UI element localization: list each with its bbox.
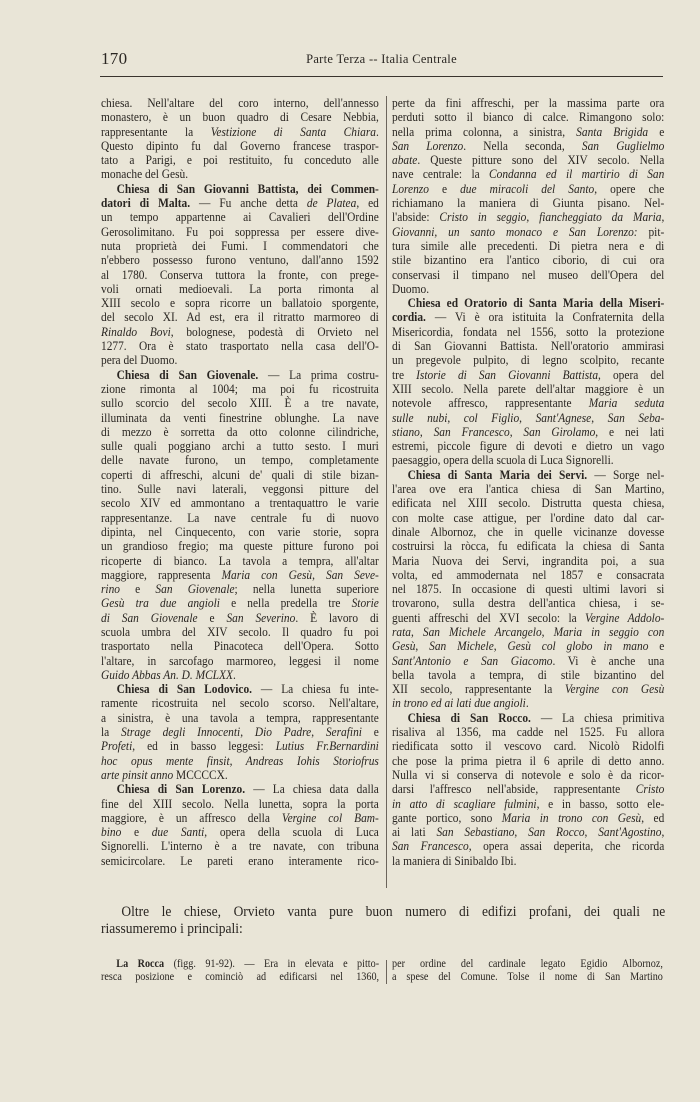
text-line: Gesù, San Michele, Gesù col globo in man… — [392, 639, 664, 653]
body-text: , — [240, 725, 255, 739]
italic-text: Sant'Antonio e San Giacomo — [392, 654, 553, 668]
text-line: l'altare, in sarcofago marmoreo, leggesi… — [101, 654, 379, 668]
italic-text: San Seve- — [326, 568, 379, 582]
body-text: conservasi il timpano nel museo dell'Ope… — [392, 268, 664, 282]
body-text: l'altare, in sarcofago marmoreo, leggesi… — [101, 654, 379, 668]
text-line: perte da fini affreschi, per la massima … — [392, 96, 664, 110]
body-text: , — [510, 425, 524, 439]
text-line: San Francesco, opera assai deperita, che… — [392, 839, 664, 853]
italic-text: San Seba- — [608, 411, 665, 425]
text-line: secolo XIV ed ammontano a trentaquattro … — [101, 496, 379, 510]
italic-text: Vergine con Gesù — [565, 682, 664, 696]
italic-text: due miracoli del Santo — [460, 182, 594, 196]
body-text: risaliva al 1356, ma cadde nel 1525. Fu … — [392, 725, 664, 739]
heading-text: Chiesa di San Giovanni Battista, dei Com… — [117, 182, 379, 196]
text-line: bella tavola a tempra, di stile bizantin… — [392, 668, 664, 682]
text-line: Giovanni, un santo monaco e San Lorenzo:… — [392, 225, 664, 239]
body-text: monache del Gesù. — [101, 167, 188, 181]
body-text: gante portico, sono — [392, 811, 502, 825]
text-line: del secolo XI. Ad est, era il ritratto m… — [101, 310, 379, 324]
body-text: , opera della scuola di Luca — [204, 825, 379, 839]
body-text: — La chiesa data dalla — [245, 782, 379, 796]
body-text: e — [429, 182, 460, 196]
text-line: monastero, è un buon quadro di Cesare Ne… — [101, 110, 379, 124]
text-line: di mezzo è sorretta da otto colonne cili… — [101, 425, 379, 439]
text-line: nel 1875. In occasione di questi ultimi … — [392, 582, 664, 596]
body-text: volta, ed ammodernata nel 1857 e consacr… — [392, 568, 664, 582]
body-text: tato a Parigi, e poi restituito, fu conc… — [101, 153, 379, 167]
body-text: , e in basso, sotto ele- — [537, 797, 665, 811]
italic-text: San Michele — [429, 639, 494, 653]
italic-text: de Platea — [307, 196, 356, 210]
italic-text: hoc opus mente finsit, Andreas Iohis Sto… — [101, 754, 379, 768]
text-line: datori di Malta. — Fu anche detta de Pla… — [101, 196, 379, 210]
intro-line: riassumeremo i principali: — [101, 921, 665, 938]
text-line: tura simile alle precedenti. Di pietra n… — [392, 239, 664, 253]
body-text: , — [661, 825, 664, 839]
body-text: la — [101, 725, 121, 739]
body-text: , — [312, 568, 326, 582]
text-line: XIII secolo e sopra ricorre un ballatoio… — [101, 296, 379, 310]
italic-text: di San Giovenale — [101, 611, 198, 625]
body-text: al 1780. Conserva tuttora la fronte, con… — [101, 268, 379, 282]
text-line: rino e San Giovenale; nella lunetta supe… — [101, 582, 379, 596]
body-text: nave centrale: la — [392, 167, 489, 181]
italic-text: Maria seduta — [589, 396, 665, 410]
text-line: rappresentante la Vestizione di Santa Ch… — [101, 125, 379, 139]
text-line: Chiesa di San Lorenzo. — La chiesa data … — [101, 782, 379, 796]
italic-text: San Francesco — [434, 425, 510, 439]
body-text: ramente ricostruita nel secolo scorso. N… — [101, 696, 379, 710]
body-text: perte da fini affreschi, per la massima … — [392, 96, 664, 110]
body-text: Duomo. — [392, 282, 429, 296]
italic-text: Maria con Gesù — [222, 568, 313, 582]
italic-text: Guido Abbas An. D. MCLXX — [101, 668, 233, 682]
heading-text: cordia. — [392, 310, 426, 324]
heading-text: La Rocca — [116, 958, 164, 970]
text-line: notevole affresco, rappresentante Maria … — [392, 396, 664, 410]
text-line: riedificata sotto il vescovo card. Nicol… — [392, 739, 664, 753]
body-text: nel 1875. In occasione di questi ultimi … — [392, 582, 664, 596]
text-line: Gerosolimitano. Fu poi soppressa per ess… — [101, 225, 379, 239]
text-line: ramente ricostruita nel secolo scorso. N… — [101, 696, 379, 710]
body-text: MCCCCX. — [173, 768, 227, 782]
text-line: l'area ove era l'antica chiesa di San Ma… — [392, 482, 664, 496]
italic-text: Cristo — [636, 782, 665, 796]
body-text: XII secolo, rappresentante la — [392, 682, 565, 696]
body-text: (figg. 91-92). — Era in elevata e pitto- — [164, 958, 379, 970]
body-text: un grandioso fregio; ma queste pitture f… — [101, 539, 379, 553]
body-text: zione rimonta al 1004; ma poi fu ricostr… — [101, 382, 379, 396]
body-text: perduti sotto il bianco di calce. Rimang… — [392, 110, 664, 124]
text-line: che pose la prima pietra il 6 aprile di … — [392, 754, 664, 768]
text-line: Lorenzo e due miracoli del Santo, opere … — [392, 182, 664, 196]
body-text: — La chiesa primitiva — [531, 711, 664, 725]
text-line: abate. Queste pitture sono del XIV secol… — [392, 153, 664, 167]
body-text: maggiore, rappresenta — [101, 568, 222, 582]
column-divider — [386, 96, 387, 888]
text-line: delle navate furono, un tempo, completam… — [101, 453, 379, 467]
subsection-divider — [386, 960, 387, 984]
body-text: n'ebbero possesso furono ventuno, dall'a… — [101, 253, 379, 267]
text-line: bino e due Santi, opera della scuola di … — [101, 825, 379, 839]
text-line: dipinta, nel Cinquecento, con varie stor… — [101, 525, 379, 539]
body-text: un pregevole pulpito, di legno scolpito,… — [392, 353, 664, 367]
body-text: notevole affresco, rappresentante — [392, 396, 589, 410]
italic-text: col Figlio — [464, 411, 519, 425]
text-line: Profeti, ed in basso leggesi: Lutius Fr.… — [101, 739, 379, 753]
body-text: , — [585, 825, 599, 839]
body-text: , — [447, 411, 463, 425]
heading-text: Chiesa di San Lodovico. — [117, 682, 252, 696]
body-text: l'area ove era l'antica chiesa di San Ma… — [392, 482, 664, 496]
italic-text: in atto di scagliare fulmini — [392, 797, 537, 811]
text-line: richiamano la maniera di Giunta pisano. … — [392, 196, 664, 210]
italic-text: San Giovenale — [155, 582, 234, 596]
text-line: Gesù tra due angioli e nella predella tr… — [101, 596, 379, 610]
text-line: trovarono, sulla destra dell'antica chie… — [392, 596, 664, 610]
heading-text: Chiesa di San Giovenale. — [117, 368, 259, 382]
body-text: che pose la prima pietra il 6 aprile di … — [392, 754, 664, 768]
text-line: Guido Abbas An. D. MCLXX. — [101, 668, 379, 682]
text-line: Chiesa di Santa Maria dei Servi. — Sorge… — [392, 468, 664, 482]
text-line: al 1780. Conserva tuttora la fronte, con… — [101, 268, 379, 282]
heading-text: Chiesa di Santa Maria dei Servi. — [408, 468, 588, 482]
heading-text: datori di Malta. — [101, 196, 190, 210]
body-text: con molte case attigue, per l'ordine dat… — [392, 511, 664, 525]
text-line: gante portico, sono Maria in trono con G… — [392, 811, 664, 825]
running-head: Parte Terza -- Italia Centrale — [100, 52, 663, 67]
body-text: e — [198, 611, 227, 625]
text-line: Duomo. — [392, 282, 664, 296]
text-line: maggiore, rappresenta Maria con Gesù, Sa… — [101, 568, 379, 582]
body-text: maggiore, è un affresco della — [101, 811, 282, 825]
body-text: e — [648, 125, 664, 139]
body-text: costruirsi la ròcca, fu edificata la chi… — [392, 539, 664, 553]
text-line: scuola umbra del XIV secolo. Il quadro f… — [101, 625, 379, 639]
body-text: . Queste pitture sono del XIV secolo. Ne… — [417, 153, 664, 167]
text-line: di San Giovanni Battista. Nell'oratorio … — [392, 339, 664, 353]
italic-text: Vergine Addolo- — [585, 611, 664, 625]
text-line: tre Istorie di San Giovanni Battista, op… — [392, 368, 664, 382]
body-text: scuola umbra del XIV secolo. Il quadro f… — [101, 625, 379, 639]
subsection-right: per ordine del cardinale legato Egidio A… — [392, 958, 663, 985]
right-column: perte da fini affreschi, per la massima … — [392, 96, 664, 868]
text-line: Signorelli. L'interno è a tre navate, co… — [101, 839, 379, 853]
body-text: fine del XIII secolo. Nella lunetta, sop… — [101, 797, 379, 811]
text-line: la maniera di Sinibaldo Ibi. — [392, 854, 664, 868]
italic-text: bino — [101, 825, 121, 839]
body-text: ; nella lunetta superiore — [235, 582, 379, 596]
italic-text: Vestizione di Santa Chiara — [211, 125, 376, 139]
text-line: la Strage degli Innocenti, Dio Padre, Se… — [101, 725, 379, 739]
body-text: stile bizantino era l'antico ciborio, di… — [392, 253, 664, 267]
text-line: edificata nel XIII secolo. Distrutta que… — [392, 496, 664, 510]
text-line: per ordine del cardinale legato Egidio A… — [392, 958, 663, 971]
body-text: , — [415, 639, 429, 653]
text-line: 1277. Ora è stato trasportato nella casa… — [101, 339, 379, 353]
body-text: , — [311, 725, 326, 739]
body-text: — Vi è ora istituita la Confraternita de… — [426, 310, 664, 324]
body-text: , opera assai deperita, che ricorda — [469, 839, 665, 853]
body-text: l'abside: — [392, 210, 439, 224]
body-text: , — [494, 639, 508, 653]
text-line: volta, ed ammodernata nel 1857 e consacr… — [392, 568, 664, 582]
heading-text: Chiesa di San Rocco. — [408, 711, 531, 725]
text-line: perduti sotto il bianco di calce. Rimang… — [392, 110, 664, 124]
body-text: bella tavola a tempra, di stile bizantin… — [392, 668, 664, 682]
body-text: ai lati — [392, 825, 436, 839]
body-text: . Nella seconda, — [463, 139, 582, 153]
text-line: paesaggio, opera della scuola di Luca Si… — [392, 453, 664, 467]
body-text: ricoperte di bianco. La tavola a tempra,… — [101, 554, 379, 568]
body-text: estremi, piccole figure di devoti e diet… — [392, 439, 664, 453]
italic-text: San Severino — [226, 611, 295, 625]
text-line: sulle quali poggiano archi a tutto sesto… — [101, 439, 379, 453]
text-line: di San Giovenale e San Severino. È lavor… — [101, 611, 379, 625]
text-line: Chiesa di San Rocco. — La chiesa primiti… — [392, 711, 664, 725]
body-text: Misericordia, fondata nel 1556, sotto la… — [392, 325, 664, 339]
body-text: pera del Duomo. — [101, 353, 177, 367]
body-text: e — [362, 725, 379, 739]
text-line: Nulla vi si conserva di notevole e solo … — [392, 768, 664, 782]
text-line: nave centrale: la Condanna ed il martiri… — [392, 167, 664, 181]
body-text: rappresentante la — [101, 125, 211, 139]
text-line: conservasi il timpano nel museo dell'Ope… — [392, 268, 664, 282]
body-text: coperti di affreschi, alcuni de' quali d… — [101, 468, 379, 482]
italic-text: rino — [101, 582, 120, 596]
italic-text: Strage degli Innocenti — [121, 725, 240, 739]
body-text: rappresentanze. La nave centrale fu di n… — [101, 511, 379, 525]
italic-text: San Guglielmo — [582, 139, 664, 153]
text-line: Chiesa ed Oratorio di Santa Maria della … — [392, 296, 664, 310]
heading-text: Chiesa di San Lorenzo. — [117, 782, 245, 796]
body-text: guenti affreschi del XVI secolo: la — [392, 611, 585, 625]
body-text: un tempo appartenne ai Cavalieri dell'Or… — [101, 210, 379, 224]
body-text: — Fu anche detta — [190, 196, 307, 210]
italic-text: San Rocco — [528, 825, 584, 839]
body-text: a spese del Comune. Tolse il nome di San… — [392, 971, 663, 983]
body-text: a sinistra, è una tavola a tempra, rappr… — [101, 711, 379, 725]
body-text: , opera del — [598, 368, 664, 382]
text-line: un tempo appartenne ai Cavalieri dell'Or… — [101, 210, 379, 224]
italic-text: abate — [392, 153, 417, 167]
text-line: a sinistra, è una tavola a tempra, rappr… — [101, 711, 379, 725]
text-line: monache del Gesù. — [101, 167, 379, 181]
text-line: a spese del Comune. Tolse il nome di San… — [392, 971, 663, 984]
body-text: chiesa. Nell'altare del coro interno, de… — [101, 96, 379, 110]
intro-paragraph: Oltre le chiese, Orvieto vanta pure buon… — [101, 904, 665, 938]
text-line: stiano, San Francesco, San Girolamo, e n… — [392, 425, 664, 439]
text-line: nella prima colonna, a sinistra, Santa B… — [392, 125, 664, 139]
body-text: di mezzo è sorretta da otto colonne cili… — [101, 425, 379, 439]
intro-line: Oltre le chiese, Orvieto vanta pure buon… — [101, 904, 665, 921]
italic-text: Dio Padre — [255, 725, 311, 739]
text-line: guenti affreschi del XVI secolo: la Verg… — [392, 611, 664, 625]
text-line: fine del XIII secolo. Nella lunetta, sop… — [101, 797, 379, 811]
body-text: tre — [392, 368, 416, 382]
italic-text: San Sebastiano — [436, 825, 514, 839]
italic-text: Lutius Fr.Bernardini — [276, 739, 379, 753]
italic-text: Vergine col Bam- — [282, 811, 379, 825]
body-text: Gerosolimitano. Fu poi soppressa per ess… — [101, 225, 379, 239]
text-line: n'ebbero possesso furono ventuno, dall'a… — [101, 253, 379, 267]
italic-text: Sant'Agostino — [598, 825, 661, 839]
text-line: un grandioso fregio; ma queste pitture f… — [101, 539, 379, 553]
body-text: sulle quali poggiano archi a tutto sesto… — [101, 439, 379, 453]
text-line: illuminata da venti finestrine oblunghe.… — [101, 411, 379, 425]
text-line: Maria Nuova dei Servi, ingrandita poi, a… — [392, 554, 664, 568]
text-line: un pregevole pulpito, di legno scolpito,… — [392, 353, 664, 367]
body-text: , — [542, 625, 554, 639]
text-line: sullo scorcio del secolo XIII. È a tre n… — [101, 396, 379, 410]
text-line: rappresentanze. La nave centrale fu di n… — [101, 511, 379, 525]
italic-text: arte pinsit anno — [101, 768, 173, 782]
text-line: in trono ed ai lati due angioli. — [392, 696, 664, 710]
italic-text: Sant'Agnese — [536, 411, 592, 425]
body-text: e nella predella tre — [220, 596, 352, 610]
text-line: tato a Parigi, e poi restituito, fu conc… — [101, 153, 379, 167]
text-line: rata, San Michele Arcangelo, Maria in se… — [392, 625, 664, 639]
text-line: con molte case attigue, per l'ordine dat… — [392, 511, 664, 525]
body-text: , opere che — [594, 182, 664, 196]
body-text: Signorelli. L'interno è a tre navate, co… — [101, 839, 379, 853]
text-line: zione rimonta al 1004; ma poi fu ricostr… — [101, 382, 379, 396]
body-text: , bolognese, podestà di Orvieto nel — [171, 325, 379, 339]
text-line: stile bizantino era l'antico ciborio, di… — [392, 253, 664, 267]
body-text: trasportato nella Pinacoteca dell'Opera.… — [101, 639, 379, 653]
body-text: , ed — [356, 196, 379, 210]
text-line: hoc opus mente finsit, Andreas Iohis Sto… — [101, 754, 379, 768]
italic-text: Profeti — [101, 739, 132, 753]
text-line: cordia. — Vi è ora istituita la Confrate… — [392, 310, 664, 324]
body-text: Nulla vi si conserva di notevole e solo … — [392, 768, 664, 782]
italic-text: Maria in seggio con — [554, 625, 665, 639]
body-text: . — [526, 696, 529, 710]
body-text: di San Giovanni Battista. Nell'oratorio … — [392, 339, 664, 353]
body-text: sullo scorcio del secolo XIII. È a tre n… — [101, 396, 379, 410]
body-text: — La chiesa fu inte- — [252, 682, 379, 696]
italic-text: Istorie di San Giovanni Battista — [416, 368, 598, 382]
italic-text: due Santi — [152, 825, 205, 839]
italic-text: Lorenzo — [392, 182, 429, 196]
text-line: in atto di scagliare fulmini, e in basso… — [392, 797, 664, 811]
italic-text: San Girolamo — [523, 425, 595, 439]
text-line: Chiesa di San Lodovico. — La chiesa fu i… — [101, 682, 379, 696]
text-line: maggiore, è un affresco della Vergine co… — [101, 811, 379, 825]
italic-text: Cristo in seggio, fiancheggiato da Maria… — [439, 210, 664, 224]
text-line: voli ornati medioevali. La porta rimonta… — [101, 282, 379, 296]
italic-text: Serafini — [326, 725, 362, 739]
body-text: XIII secolo. Nella parete dell'altar mag… — [392, 382, 664, 396]
text-line: San Lorenzo. Nella seconda, San Guglielm… — [392, 139, 664, 153]
body-text: la maniera di Sinibaldo Ibi. — [392, 854, 516, 868]
italic-text: Gesù col globo in mano — [507, 639, 648, 653]
body-text: — La prima costru- — [258, 368, 379, 382]
italic-text: Santa Brigida — [576, 125, 648, 139]
body-text: , — [591, 411, 607, 425]
text-line: ai lati San Sebastiano, San Rocco, Sant'… — [392, 825, 664, 839]
body-text: paesaggio, opera della scuola di Luca Si… — [392, 453, 614, 467]
text-line: arte pinsit anno MCCCCX. — [101, 768, 379, 782]
subsection-left: La Rocca (figg. 91-92). — Era in elevata… — [101, 958, 379, 985]
left-column: chiesa. Nell'altare del coro interno, de… — [101, 96, 379, 868]
body-text: riedificata sotto il vescovo card. Nicol… — [392, 739, 664, 753]
italic-text: sulle nubi — [392, 411, 447, 425]
italic-text: Gesù — [392, 639, 415, 653]
body-text: , e nei lati — [595, 425, 664, 439]
body-text: tura simile alle precedenti. Di pietra n… — [392, 239, 664, 253]
text-line: pera del Duomo. — [101, 353, 379, 367]
body-text: XIII secolo e sopra ricorre un ballatoio… — [101, 296, 379, 310]
text-line: Rinaldo Bovi, bolognese, podestà di Orvi… — [101, 325, 379, 339]
italic-text: Maria in trono con Gesù — [502, 811, 641, 825]
italic-text: Condanna ed il martirio di San — [489, 167, 664, 181]
body-text: . — [376, 125, 379, 139]
text-line: Chiesa di San Giovenale. — La prima cost… — [101, 368, 379, 382]
text-line: XIII secolo. Nella parete dell'altar mag… — [392, 382, 664, 396]
body-text: e — [121, 825, 151, 839]
italic-text: in trono ed ai lati due angioli — [392, 696, 526, 710]
body-text: tino. Sulle navi laterali, veggonsi pitt… — [101, 482, 379, 496]
text-line: resca posizione e cominciò ad edificarsi… — [101, 971, 379, 984]
body-text: del secolo XI. Ad est, era il ritratto m… — [101, 310, 379, 324]
text-line: risaliva al 1356, ma cadde nel 1525. Fu … — [392, 725, 664, 739]
body-text: monastero, è un buon quadro di Cesare Ne… — [101, 110, 379, 124]
body-text: , ed — [641, 811, 664, 825]
body-text: e — [648, 639, 664, 653]
italic-text: Gesù tra due angioli — [101, 596, 220, 610]
text-line: Questo dipinto fu dal Governo francese t… — [101, 139, 379, 153]
body-text: edificata nel XIII secolo. Distrutta que… — [392, 496, 664, 510]
text-line: La Rocca (figg. 91-92). — Era in elevata… — [101, 958, 379, 971]
header-rule — [100, 76, 663, 77]
text-line: Sant'Antonio e San Giacomo. Vi è anche u… — [392, 654, 664, 668]
italic-text: rata — [392, 625, 411, 639]
text-line: l'abside: Cristo in seggio, fiancheggiat… — [392, 210, 664, 224]
body-text: nuta proprietà dei Fumi. I commendatori … — [101, 239, 379, 253]
body-text: , — [514, 825, 528, 839]
text-line: Chiesa di San Giovanni Battista, dei Com… — [101, 182, 379, 196]
body-text: Questo dipinto fu dal Governo francese t… — [101, 139, 379, 153]
text-line: chiesa. Nell'altare del coro interno, de… — [101, 96, 379, 110]
body-text: illuminata da venti finestrine oblunghe.… — [101, 411, 379, 425]
text-line: XII secolo, rappresentante la Vergine co… — [392, 682, 664, 696]
body-text: trovarono, sulla destra dell'antica chie… — [392, 596, 664, 610]
body-text: per ordine del cardinale legato Egidio A… — [392, 958, 663, 970]
text-line: tino. Sulle navi laterali, veggonsi pitt… — [101, 482, 379, 496]
body-text: dipinta, nel Cinquecento, con varie stor… — [101, 525, 379, 539]
body-text: Maria Nuova dei Servi, ingrandita poi, a… — [392, 554, 664, 568]
italic-text: San Michele Arcangelo — [423, 625, 542, 639]
body-text: voli ornati medioevali. La porta rimonta… — [101, 282, 379, 296]
text-line: dinale Albornoz, che in quelle vicinanze… — [392, 525, 664, 539]
text-line: sulle nubi, col Figlio, Sant'Agnese, San… — [392, 411, 664, 425]
body-text: . È lavoro di — [295, 611, 378, 625]
italic-text: stiano — [392, 425, 420, 439]
italic-text: Storie — [352, 596, 379, 610]
body-text: , ed in basso leggesi: — [132, 739, 275, 753]
body-text: nella prima colonna, a sinistra, — [392, 125, 576, 139]
body-text: delle navate furono, un tempo, completam… — [101, 453, 379, 467]
body-text: secolo XIV ed ammontano a trentaquattro … — [101, 496, 379, 510]
text-line: estremi, piccole figure di devoti e diet… — [392, 439, 664, 453]
text-line: Misericordia, fondata nel 1556, sotto la… — [392, 325, 664, 339]
body-text: , — [519, 411, 535, 425]
italic-text: Giovanni, un santo monaco e San Lorenzo: — [392, 225, 638, 239]
body-text: e — [120, 582, 155, 596]
body-text: dinale Albornoz, che in quelle vicinanze… — [392, 525, 664, 539]
